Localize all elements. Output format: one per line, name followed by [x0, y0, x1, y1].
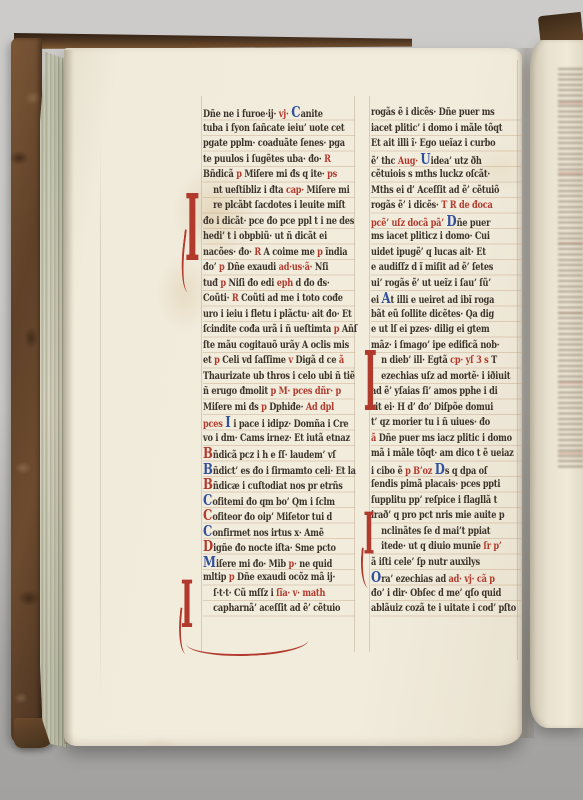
- text-line: mã i mãle tõqt· am dico t ẽ ueiaz: [371, 446, 488, 462]
- right-column: rogãs ẽ i dicẽs· Dñe puer msiacet plitic…: [371, 105, 521, 617]
- text-segment: nclinãtes ſe d mai’t ppiat: [381, 525, 490, 537]
- text-segment: R: [254, 246, 263, 258]
- text-line: Bñdicã pcz i h e ſſ· laudem’ vſ: [203, 446, 322, 462]
- text-segment: T: [491, 354, 497, 366]
- text-segment: iacet plitic’ i domo i mãle tõqt: [371, 122, 502, 134]
- book-top-edge-leather: [14, 32, 412, 49]
- text-segment: đo’: [203, 261, 219, 273]
- text-line: e audiſſz d ĩ miſit ad ẽ’ ſetes: [371, 260, 488, 276]
- text-line: Dñe ne i furoe·ij· vj· Canite: [203, 105, 322, 121]
- text-segment: mã i mãle tõqt· am dico t ẽ ueiaz: [371, 447, 514, 459]
- text-segment: et: [203, 354, 214, 366]
- text-segment: T R de đoca: [441, 199, 492, 211]
- text-segment: ui’ rogãs ẽ’ ut ueĩz i ſau’ ſũ’: [371, 277, 491, 289]
- left-column: Dñe ne i furoe·ij· vj· Canitetuba i ſyon…: [203, 105, 355, 617]
- text-segment: nacões· đo·: [203, 246, 254, 258]
- text-line: ñ erugo đmolit p M· pces dñr· p: [203, 384, 322, 400]
- text-segment: cẽtuiois s mths luckz oſcãt·: [371, 168, 490, 180]
- text-line: Miſere mi đs p Dphiđe· Ad dpl: [203, 400, 322, 416]
- text-segment: Coũti ad me i toto cođe: [241, 292, 343, 304]
- text-segment: rogãs ẽ’ i dicẽs·: [371, 199, 441, 211]
- text-segment: Bñdicã: [203, 168, 236, 180]
- text-segment: ofitemi đo qm bo’ Qm i ſclm: [212, 496, 334, 508]
- text-segment: Dñe puer ms iacz plitic i domo: [379, 432, 512, 444]
- text-segment: Dñe ne i furoe·ij·: [203, 108, 279, 120]
- inline-initial: U: [420, 150, 430, 168]
- text-line: tuđ p Niſi đo edi eph d đo đs·: [203, 276, 322, 292]
- text-segment: Coũti·: [203, 292, 232, 304]
- text-segment: R: [324, 153, 331, 165]
- inline-initial: D: [435, 460, 445, 478]
- text-segment: rogãs ẽ i dicẽs· Dñe puer ms: [371, 106, 495, 118]
- text-segment: ad·us·ã·: [279, 261, 315, 273]
- text-segment: i pace i idipz· Domña i Cre: [231, 418, 349, 430]
- text-line: ablãuiz cozã te i uitate i cod’ pſto: [371, 601, 488, 617]
- text-segment: rit ei· H d’ đo’ Diſpõe domui: [371, 401, 493, 413]
- text-line: itede· ut q diuio munĩe ſr p’: [371, 539, 488, 555]
- text-segment: ſte mãu cogitauõ urãy A oclis mis: [203, 339, 349, 351]
- text-segment: đo’ i dir· Obſec d me’ qſo quid: [371, 587, 501, 599]
- text-segment: irað’ q pro pct nris mie auite p: [371, 509, 504, 521]
- text-segment: tuđ: [203, 277, 220, 289]
- text-line: Bñdicæ i cuſtodiat nos pr etrñs: [203, 477, 322, 493]
- text-segment: Miſere mi đs: [203, 401, 261, 413]
- text-line: i cibo ẽ p B’oz Ds q dpa oſ: [371, 462, 488, 478]
- facing-page-text-blur: [558, 68, 583, 470]
- text-segment: tuba i ſyon ſañcate ieiu’ uote cet: [203, 122, 344, 134]
- text-line: ẽ’ thc Aug· Uidea’ utz ðh: [371, 152, 488, 168]
- text-segment: p: [334, 323, 342, 335]
- text-segment: Dphiđe·: [269, 401, 306, 413]
- text-segment: onfirmet nos irtus x· Amẽ: [212, 527, 323, 539]
- text-line: Cofitemi đo qm bo’ Qm i ſclm: [203, 493, 322, 509]
- book-spine-leather: [11, 38, 42, 744]
- text-segment: re plcãbt ſacdotes i leuite miſt: [213, 199, 345, 211]
- text-line: uidet ipugẽ’ q lucas ait· Et: [371, 245, 488, 261]
- text-segment: Celi vd ſaſſime: [222, 354, 288, 366]
- text-segment: p: [261, 401, 269, 413]
- text-line: Cofiteor đo oip’ Miſetor tui d: [203, 508, 322, 524]
- text-segment: Añſ: [342, 323, 357, 335]
- text-segment: ĩndia: [325, 246, 347, 258]
- text-segment: cap·: [286, 184, 307, 196]
- text-segment: Digã d ce: [296, 354, 339, 366]
- text-segment: pcẽ’ uſz docã pã’: [371, 217, 446, 229]
- text-segment: ne quid: [299, 558, 332, 570]
- text-line: ezechias uſz ad mortẽ· i iðiuit: [371, 369, 488, 385]
- text-segment: capharnã’ aceſſit ad ẽ’ cẽtuio: [213, 602, 340, 614]
- text-segment: ã: [371, 432, 379, 444]
- text-line: t’ qz morier tu i ñ uiues· đo: [371, 415, 488, 431]
- text-segment: A coime me: [264, 246, 318, 258]
- text-line: ã iſti cele’ ſp nutr auxilys: [371, 555, 488, 571]
- text-segment: ñe puer: [457, 217, 491, 229]
- text-segment: iſere mi đo· Mib: [216, 558, 289, 570]
- text-line: rogãs ẽ’ i dicẽs· T R de đoca: [371, 198, 488, 214]
- text-line: cẽtuiois s mths luckz oſcãt·: [371, 167, 488, 183]
- text-segment: mltip: [203, 571, 229, 583]
- text-line: Confirmet nos irtus x· Amẽ: [203, 524, 322, 540]
- text-segment: p: [236, 168, 244, 180]
- text-segment: Aug·: [398, 155, 421, 167]
- text-segment: ñ erugo đmolit: [203, 385, 271, 397]
- text-line: đo’ i dir· Obſec d me’ qſo quid: [371, 586, 488, 602]
- text-segment: t illi e ueiret ad ibĩ roga: [391, 294, 495, 306]
- text-segment: n dieb’ ill· Egtã: [381, 354, 450, 366]
- text-segment: uidet ipugẽ’ q lucas ait· Et: [371, 246, 486, 258]
- text-line: rogãs ẽ i dicẽs· Dñe puer ms: [371, 105, 488, 121]
- text-line: mltip p Dñe exaudi ocõz mã ij·: [203, 570, 322, 586]
- text-line: ei At illi e ueiret ad ibĩ roga: [371, 291, 488, 307]
- text-line: Mths ei d’ Aceſſit ad ẽ’ cẽtuiõ: [371, 183, 488, 199]
- text-segment: bãt eũ ſollite dicẽtes· Qa dig: [371, 308, 494, 320]
- text-segment: ñdicã pcz i h e ſſ· laudem’ vſ: [213, 449, 336, 461]
- text-line: hedi’ t i obpbiũ· ut ñ dicãt ei: [203, 229, 322, 245]
- large-initial-red-I-3: I: [364, 341, 377, 424]
- page-fold-line: [100, 140, 101, 700]
- text-segment: ad· vj· cã p: [449, 573, 495, 585]
- text-segment: ezechias uſz ad mortẽ· i iðiuit: [381, 370, 510, 382]
- text-segment: Dñe exaudi ocõz mã ij·: [237, 571, 335, 583]
- text-segment: e ut lſ ei pzes· dilig ei gtem: [371, 323, 489, 335]
- text-segment: nt ueſtibliz i đta: [213, 184, 286, 196]
- text-segment: Miſere mi: [307, 184, 350, 196]
- inline-initial: C: [291, 103, 300, 121]
- text-segment: ad ẽ’ yſaias ſi’ amos pphe i di: [371, 385, 498, 397]
- text-line: Digñe đo nocte iſta· Sme pcto: [203, 539, 322, 555]
- text-segment: Mths ei d’ Aceſſit ad ẽ’ cẽtuiõ: [371, 184, 499, 196]
- text-line: nt ueſtibliz i đta cap· Miſere mi: [203, 183, 322, 199]
- text-line: et p Celi vd ſaſſime v Digã d ce ã: [203, 353, 322, 369]
- text-segment: ms iacet pliticz i domo· Cui: [371, 230, 490, 242]
- text-segment: p: [214, 354, 222, 366]
- text-segment: p: [220, 277, 228, 289]
- text-line: ad ẽ’ yſaias ſi’ amos pphe i di: [371, 384, 488, 400]
- text-segment: Dñe exaudi: [227, 261, 279, 273]
- text-segment: ſcindite cođa urã i ñ ueſtimta: [203, 323, 334, 335]
- text-line: n dieb’ ill· Egtã cp· yſ 3 s T: [371, 353, 488, 369]
- text-segment: e audiſſz d ĩ miſit ad ẽ’ ſetes: [371, 261, 493, 273]
- text-segment: p·: [288, 558, 299, 570]
- text-line: mãz· i ſmago’ ipe edificã nob·: [371, 338, 488, 354]
- text-segment: eph: [277, 277, 296, 289]
- text-segment: Nſi: [315, 261, 328, 273]
- ruling-line-left: [201, 96, 202, 652]
- text-segment: te puulos i ſugẽtes uba· đo·: [203, 153, 324, 165]
- text-line: rit ei· H d’ đo’ Diſpõe domui: [371, 400, 488, 416]
- text-segment: hedi’ t i obpbiũ· ut ñ dicãt ei: [203, 230, 327, 242]
- text-segment: ei: [371, 294, 381, 306]
- text-segment: uro i ieiu i fletu i plãctu· ait đo· Et: [203, 308, 352, 320]
- text-segment: idea’ utz ðh: [431, 155, 482, 167]
- text-segment: vo i dm· Cams irnez· Et iutã etnaz: [203, 432, 350, 444]
- text-line: đo’ p Dñe exaudi ad·us·ã· Nſi: [203, 260, 322, 276]
- text-line: ſ·t·t· Cũ mſſz i ſĩa· v· math: [203, 586, 322, 602]
- text-line: re plcãbt ſacdotes i leuite miſt: [203, 198, 322, 214]
- text-line: Bñdicã p Miſere mi đs q ite· ps: [203, 167, 322, 183]
- text-segment: p: [219, 261, 227, 273]
- text-line: tuba i ſyon ſañcate ieiu’ uote cet: [203, 121, 322, 137]
- text-segment: v: [288, 354, 295, 366]
- text-segment: ñdict’ es đo i ſirmamto celi· Et la: [213, 465, 356, 477]
- text-line: Bñdict’ es đo i ſirmamto celi· Et la: [203, 462, 322, 478]
- text-segment: ſ·t·t· Cũ mſſz i: [213, 587, 276, 599]
- text-segment: ã: [339, 354, 344, 366]
- inline-initial: O: [371, 568, 381, 586]
- text-line: irað’ q pro pct nris mie auite p: [371, 508, 488, 524]
- text-segment: ẽ’ thc: [371, 155, 398, 167]
- text-segment: Thaurizate ub thros i celo ubi ñ tiẽ: [203, 370, 355, 382]
- text-segment: Ad dpl: [306, 401, 334, 413]
- text-line: pgate pplm· coaduãte ſenes· pga: [203, 136, 322, 152]
- text-line: ſcindite cođa urã i ñ ueſtimta p Añſ: [203, 322, 322, 338]
- text-segment: itede· ut q diuio munĩe: [381, 540, 483, 552]
- text-segment: p: [229, 571, 237, 583]
- text-line: Ora’ ezechias ad ad· vj· cã p: [371, 570, 488, 586]
- text-segment: s q dpa oſ: [445, 465, 487, 477]
- text-line: pces I i pace i idipz· Domña i Cre: [203, 415, 322, 431]
- text-segment: p B’oz: [405, 465, 435, 477]
- text-line: uro i ieiu i fletu i plãctu· ait đo· Et: [203, 307, 322, 323]
- text-line: te puulos i ſugẽtes uba· đo· R: [203, 152, 322, 168]
- text-line: pcẽ’ uſz docã pã’ Dñe puer: [371, 214, 488, 230]
- text-segment: p: [317, 246, 325, 258]
- text-segment: mãz· i ſmago’ ipe edificã nob·: [371, 339, 499, 351]
- text-line: ms iacet pliticz i domo· Cui: [371, 229, 488, 245]
- gutter-shadow: [64, 50, 74, 744]
- text-line: ſte mãu cogitauõ urãy A oclis mis: [203, 338, 322, 354]
- text-segment: pgate pplm· coaduãte ſenes· pga: [203, 137, 345, 149]
- text-segment: cp· yſ 3 s: [450, 354, 491, 366]
- text-segment: ñdicæ i cuſtodiat nos pr etrñs: [213, 480, 343, 492]
- text-segment: ſr p’: [483, 540, 501, 552]
- text-segment: vj·: [279, 108, 291, 120]
- text-segment: ablãuiz cozã te i uitate i cod’ pſto: [371, 602, 516, 614]
- text-line: vo i dm· Cams irnez· Et iutã etnaz: [203, 431, 322, 447]
- inline-initial: M: [203, 553, 216, 571]
- text-segment: Et ait illi ĩ· Ego ueĩaz i curbo: [371, 137, 495, 149]
- inline-initial: A: [381, 289, 390, 307]
- text-line: Coũti· R Coũti ad me i toto cođe: [203, 291, 322, 307]
- text-line: capharnã’ aceſſit ad ẽ’ cẽtuio: [203, 601, 322, 617]
- text-line: nacões· đo· R A coime me p ĩndia: [203, 245, 322, 261]
- text-line: ſendis pimã placais· pces ppti: [371, 477, 488, 493]
- text-line: e ut lſ ei pzes· dilig ei gtem: [371, 322, 488, 338]
- text-line: ſupplitu pp’ reſpice i flagllã t: [371, 493, 488, 509]
- text-segment: ofiteor đo oip’ Miſetor tui d: [212, 511, 332, 523]
- text-segment: Niſi đo edi: [229, 277, 277, 289]
- text-line: Thaurizate ub thros i celo ubi ñ tiẽ: [203, 369, 322, 385]
- text-line: bãt eũ ſollite dicẽtes· Qa dig: [371, 307, 488, 323]
- text-segment: R: [232, 292, 241, 304]
- inline-initial: D: [446, 212, 456, 230]
- text-segment: igñe đo nocte iſta· Sme pcto: [213, 542, 336, 554]
- manuscript-photo: Dñe ne i furoe·ij· vj· Canitetuba i ſyon…: [0, 0, 583, 800]
- text-segment: ra’ ezechias ad: [381, 573, 448, 585]
- text-segment: ã iſti cele’ ſp nutr auxilys: [371, 556, 480, 568]
- text-line: Miſere mi đo· Mib p· ne quid: [203, 555, 322, 571]
- text-segment: i cibo ẽ: [371, 465, 405, 477]
- text-segment: t’ qz morier tu i ñ uiues· đo: [371, 416, 490, 428]
- text-segment: p M· pces dñr· p: [271, 385, 341, 397]
- text-line: đo i dicãt· pce đo pce ppl t i ne des: [203, 214, 322, 230]
- text-segment: đo i dicãt· pce đo pce ppl t i ne des: [203, 215, 354, 227]
- text-segment: pces: [203, 418, 225, 430]
- text-line: ã Dñe puer ms iacz plitic i domo: [371, 431, 488, 447]
- text-line: nclinãtes ſe d mai’t ppiat: [371, 524, 488, 540]
- text-segment: anite: [301, 108, 323, 120]
- text-segment: ps: [327, 168, 337, 180]
- text-line: iacet plitic’ i domo i mãle tõqt: [371, 121, 488, 137]
- text-segment: Miſere mi đs q ite·: [244, 168, 327, 180]
- text-segment: ſĩa· v· math: [276, 587, 325, 599]
- text-segment: ſupplitu pp’ reſpice i flagllã t: [371, 494, 497, 506]
- text-segment: ſendis pimã placais· pces ppti: [371, 478, 500, 490]
- text-segment: d đo đs·: [296, 277, 330, 289]
